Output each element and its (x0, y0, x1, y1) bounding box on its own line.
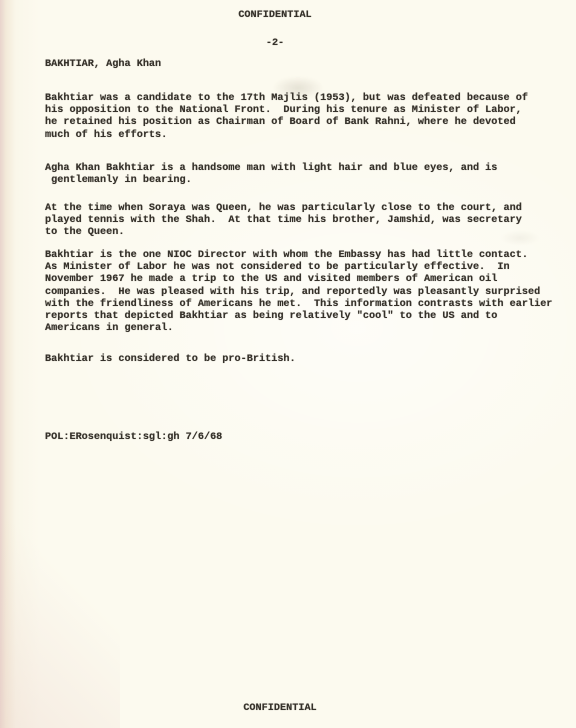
drafting-office-line: POL:ERosenquist:sgl:gh 7/6/68 (45, 432, 222, 444)
document-page: CONFIDENTIAL -2- BAKHTIAR, Agha Khan Bak… (0, 0, 576, 728)
classification-header: CONFIDENTIAL (0, 10, 550, 22)
page-number: -2- (0, 38, 550, 50)
paragraph-nioc-contact: Bakhtiar is the one NIOC Director with w… (45, 250, 573, 335)
subject-heading: BAKHTIAR, Agha Khan (45, 59, 161, 71)
classification-footer: CONFIDENTIAL (0, 703, 560, 715)
paragraph-court-ties: At the time when Soraya was Queen, he wa… (45, 203, 570, 240)
paragraph-pro-british: Bakhtiar is considered to be pro-British… (45, 354, 570, 366)
paragraph-career: Bakhtiar was a candidate to the 17th Maj… (45, 93, 570, 142)
paragraph-appearance: Agha Khan Bakhtiar is a handsome man wit… (45, 163, 570, 187)
